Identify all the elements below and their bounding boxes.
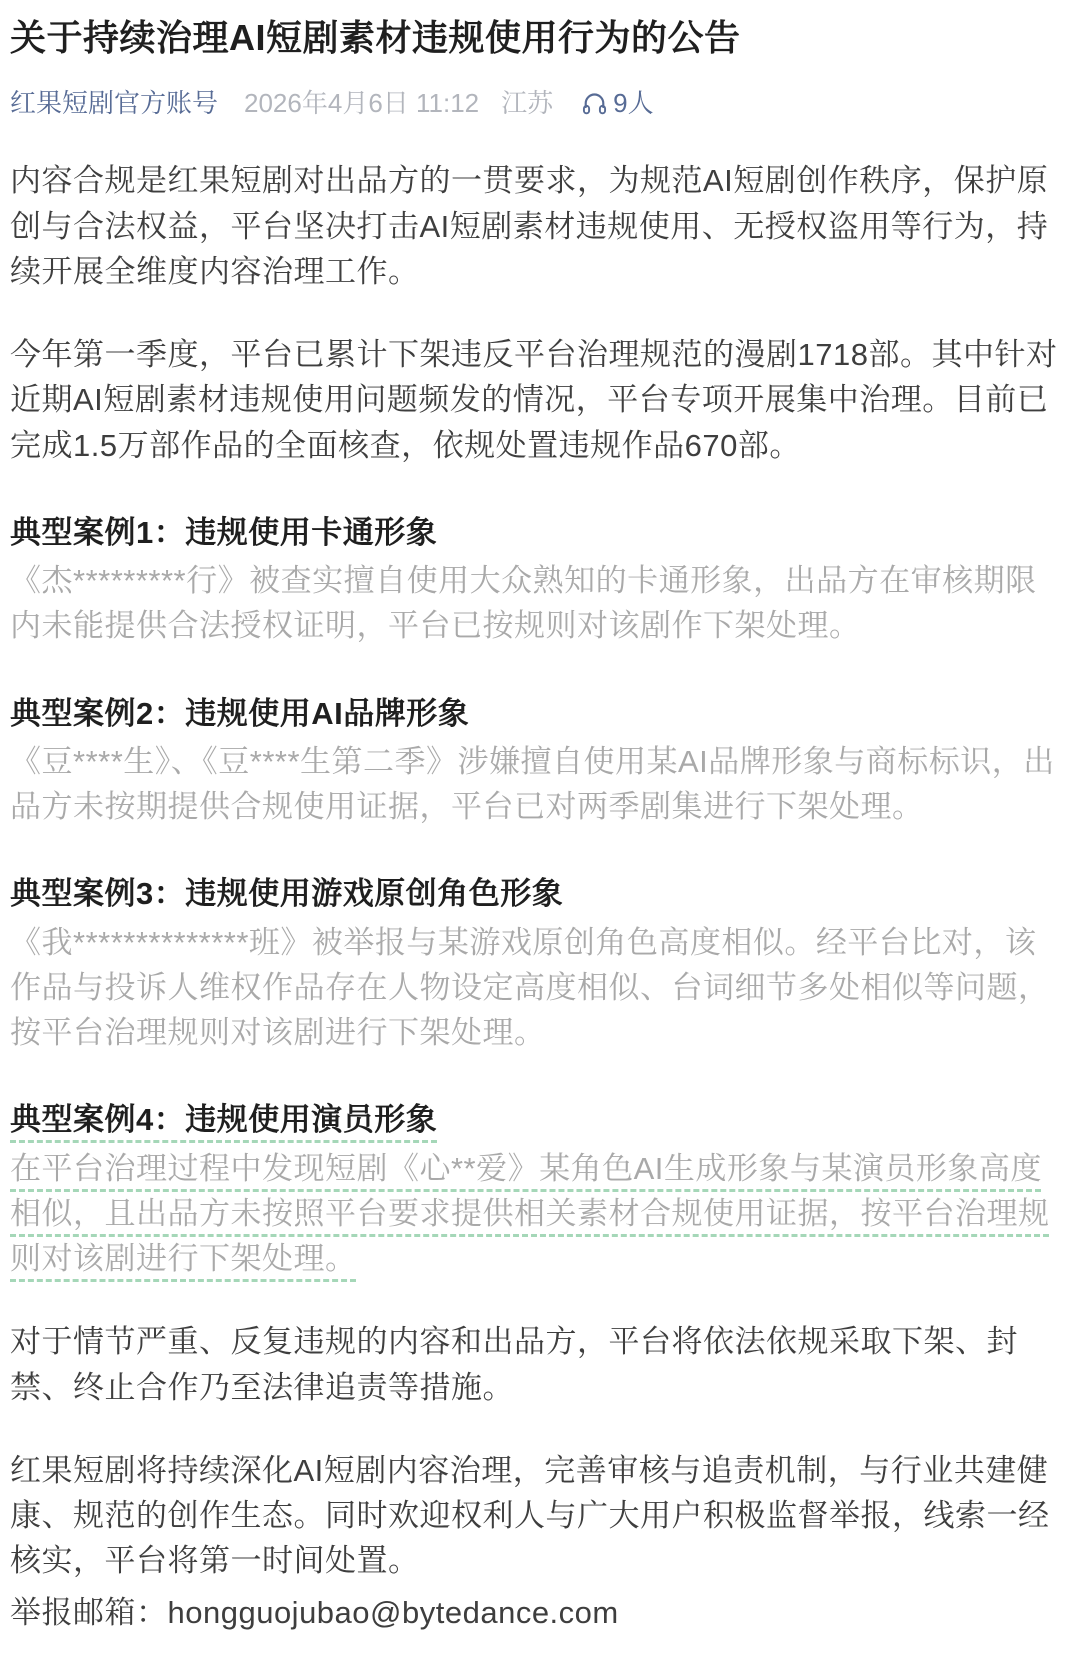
case4-body: 在平台治理过程中发现短剧《心**爱》某角色AI生成形象与某演员形象高度相似，且出… xyxy=(10,1146,1066,1282)
case4-heading: 典型案例4：违规使用演员形象 xyxy=(10,1097,1066,1142)
case1-heading: 典型案例1：违规使用卡通形象 xyxy=(10,510,1066,555)
closing-paragraph: 红果短剧将持续深化AI短剧内容治理，完善审核与追责机制，与行业共建健康、规范的创… xyxy=(10,1448,1066,1584)
page-title: 关于持续治理AI短剧素材违规使用行为的公告 xyxy=(10,14,1066,63)
case2-heading: 典型案例2：违规使用AI品牌形象 xyxy=(10,691,1066,736)
report-email-line: 举报邮箱：hongguojubao@bytedance.com xyxy=(10,1590,1066,1635)
publish-date: 2026年4月6日 11:12 xyxy=(244,87,479,121)
listen-count-button[interactable]: 9人 xyxy=(581,87,653,121)
article-page: 关于持续治理AI短剧素材违规使用行为的公告 红果短剧官方账号 2026年4月6日… xyxy=(0,0,1080,1659)
author-account-link[interactable]: 红果短剧官方账号 xyxy=(10,87,218,121)
byline: 红果短剧官方账号 2026年4月6日 11:12 江苏 9人 xyxy=(10,87,1066,121)
publish-location: 江苏 xyxy=(501,87,553,121)
listen-count-label: 9人 xyxy=(613,87,653,121)
case2-body: 《豆****生》、《豆****生第二季》涉嫌擅自使用某AI品牌形象与商标标识，出… xyxy=(10,739,1066,830)
case3-body: 《我**************班》被举报与某游戏原创角色高度相似。经平台比对，… xyxy=(10,920,1066,1056)
case1-body: 《杰*********行》被查实擅自使用大众熟知的卡通形象，出品方在审核期限内未… xyxy=(10,558,1066,649)
quarter-stats-paragraph: 今年第一季度，平台已累计下架违反平台治理规范的漫剧1718部。其中针对近期AI短… xyxy=(10,332,1066,468)
case3-heading: 典型案例3：违规使用游戏原创角色形象 xyxy=(10,871,1066,916)
enforcement-paragraph: 对于情节严重、反复违规的内容和出品方，平台将依法依规采取下架、封禁、终止合作乃至… xyxy=(10,1319,1066,1410)
headset-icon xyxy=(581,90,613,117)
intro-paragraph: 内容合规是红果短剧对出品方的一贯要求，为规范AI短剧创作秩序，保护原创与合法权益… xyxy=(10,158,1066,294)
